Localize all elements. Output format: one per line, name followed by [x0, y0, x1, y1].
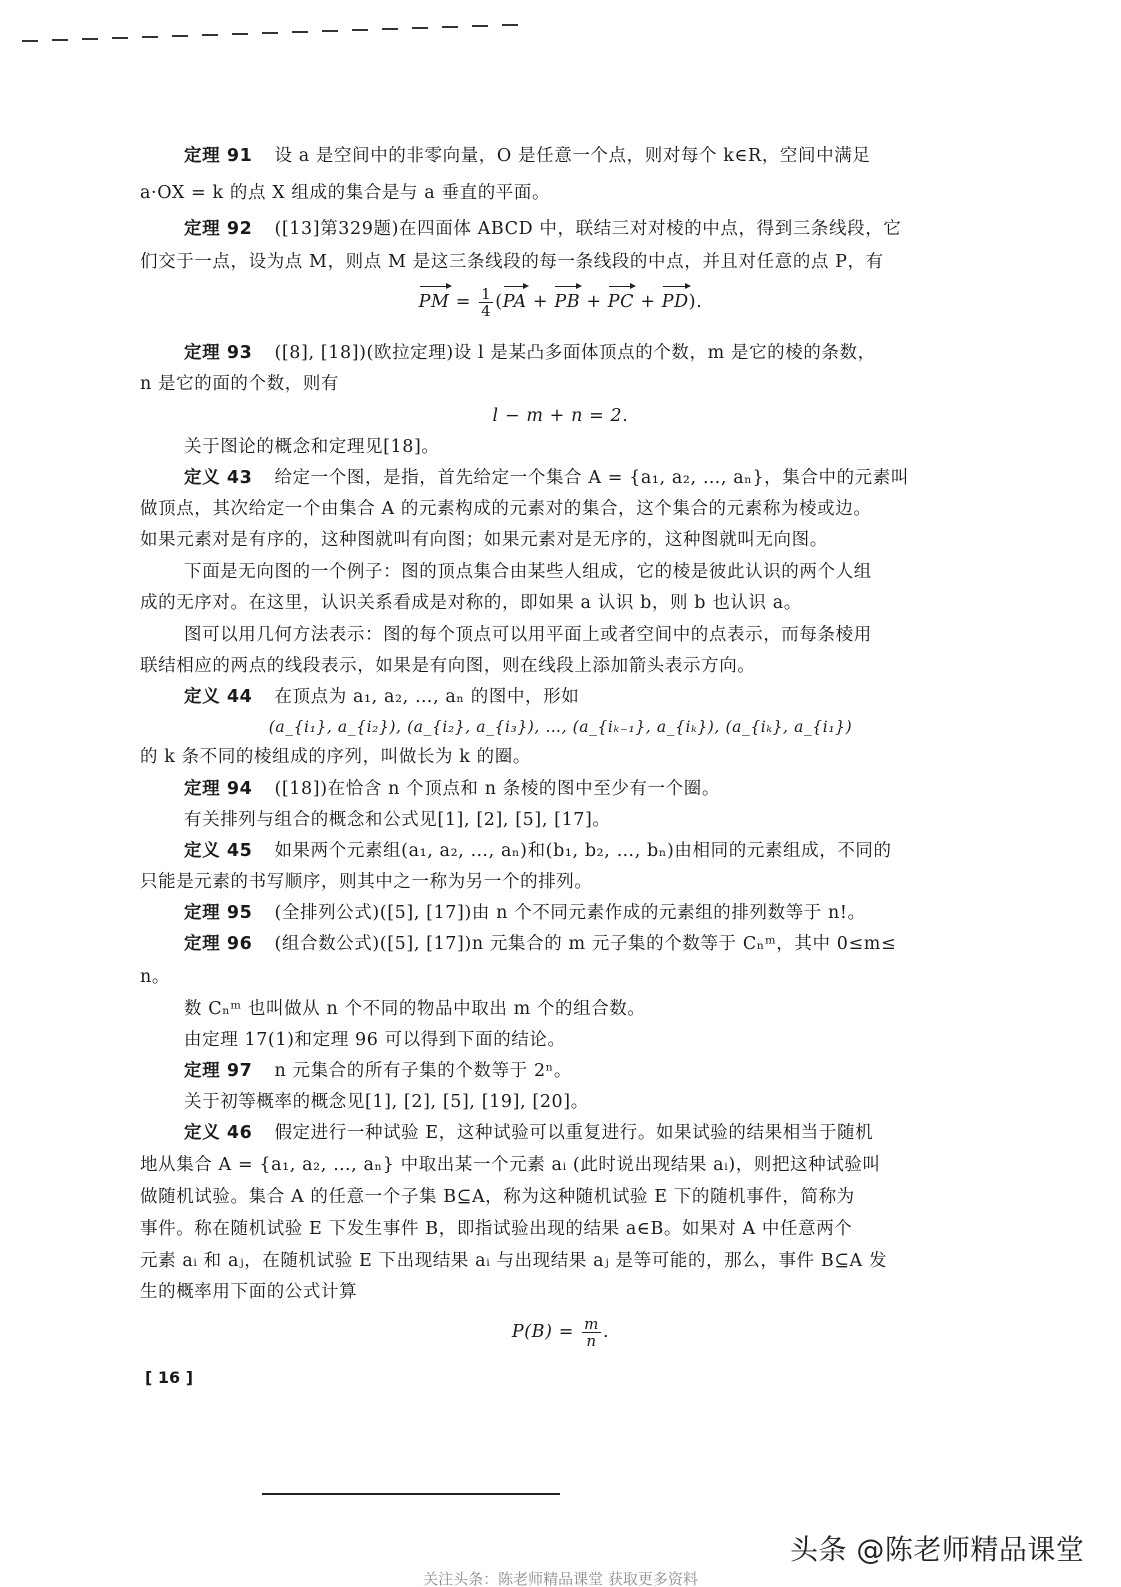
formula-pm: PM = 14(PA + PB + PC + PD). — [0, 286, 1121, 319]
definition-43-line-3: 如果元素对是有序的，这种图就叫有向图；如果元素对是无序的，这种图就叫无向图。 — [140, 529, 828, 551]
paragraph-graph-theory-ref: 关于图论的概念和定理见[18]。 — [184, 436, 440, 458]
definition-46-line-3: 做随机试验。集合 A 的任意一个子集 B⊆A，称为这种随机试验 E 下的随机事件… — [140, 1186, 855, 1208]
watermark-main: 头条 @陈老师精品课堂 — [790, 1528, 1084, 1568]
fraction: 14 — [479, 286, 493, 319]
theorem-92-line-2: 们交于一点，设为点 M，则点 M 是这三条线段的每一条线段的中点，并且对任意的点… — [140, 251, 884, 273]
theorem-97: 定理 97n 元集合的所有子集的个数等于 2ⁿ。 — [184, 1060, 572, 1082]
definition-45-line-1: 定义 45如果两个元素组(a₁, a₂, …, aₙ)和(b₁, b₂, …, … — [184, 840, 892, 862]
theorem-92-line-1: 定理 92([13]第329题)在四面体 ABCD 中，联结三对对棱的中点，得到… — [184, 218, 901, 240]
paragraph-probability-ref: 关于初等概率的概念见[1], [2], [5], [19], [20]。 — [184, 1091, 589, 1113]
theorem-96-line-1: 定理 96(组合数公式)([5], [17])n 元集合的 m 元子集的个数等于… — [184, 933, 896, 955]
definition-44-line-2: 的 k 条不同的棱组成的序列，叫做长为 k 的圈。 — [140, 746, 531, 768]
formula-cycle: (a_{i₁}, a_{i₂}), (a_{i₂}, a_{i₃}), …, (… — [0, 716, 1121, 738]
definition-44-line-1: 定义 44在顶点为 a₁, a₂, …, aₙ 的图中，形如 — [184, 686, 579, 708]
theorem-93-line-1: 定理 93([8], [18])(欧拉定理)设 l 是某凸多面体顶点的个数，m … — [184, 342, 876, 364]
definition-43-line-1: 定义 43给定一个图，是指，首先给定一个集合 A = {a₁, a₂, …, a… — [184, 467, 909, 489]
theorem-95: 定理 95(全排列公式)([5], [17])由 n 个不同元素作成的元素组的排… — [184, 902, 866, 924]
scan-rule-line — [262, 1493, 560, 1495]
theorem-93-line-2: n 是它的面的个数，则有 — [140, 373, 339, 395]
paragraph-geometry-line-1: 图可以用几何方法表示：图的每个顶点可以用平面上或者空间中的点表示，而每条棱用 — [184, 624, 872, 646]
theorem-91-line-1: 定理 91设 a 是空间中的非零向量，O 是任意一个点，则对每个 k∈R，空间中… — [184, 145, 870, 167]
definition-46-line-1: 定义 46假定进行一种试验 E，这种试验可以重复进行。如果试验的结果相当于随机 — [184, 1122, 873, 1144]
definition-46-line-4: 事件。称在随机试验 E 下发生事件 B，即指试验出现的结果 a∈B。如果对 A … — [140, 1218, 852, 1240]
definition-46-line-5: 元素 aᵢ 和 aⱼ，在随机试验 E 下出现结果 aᵢ 与出现结果 aⱼ 是等可… — [140, 1250, 887, 1272]
fraction: mn — [582, 1316, 601, 1349]
paragraph-corollary: 由定理 17(1)和定理 96 可以得到下面的结论。 — [184, 1029, 566, 1051]
scan-dashed-line — [18, 18, 538, 48]
theorem-96-line-2: n。 — [140, 966, 170, 988]
definition-46-line-6: 生的概率用下面的公式计算 — [140, 1281, 357, 1303]
paragraph-combination-number: 数 Cₙᵐ 也叫做从 n 个不同的物品中取出 m 个的组合数。 — [184, 998, 646, 1020]
page-number: [ 16 ] — [145, 1368, 193, 1387]
theorem-label: 定理 91 — [184, 146, 252, 166]
paragraph-example-line-2: 成的无序对。在这里，认识关系看成是对称的，即如果 a 认识 b，则 b 也认识 … — [140, 592, 802, 614]
paragraph-example-line-1: 下面是无向图的一个例子：图的顶点集合由某些人组成，它的棱是彼此认识的两个人组 — [184, 561, 872, 583]
watermark-footer: 关注头条：陈老师精品课堂 获取更多资料 — [0, 1568, 1121, 1587]
definition-46-line-2: 地从集合 A = {a₁, a₂, …, aₙ} 中取出某一个元素 aᵢ (此时… — [140, 1154, 881, 1176]
formula-probability: P(B) = mn. — [0, 1316, 1121, 1349]
paragraph-combinatorics-ref: 有关排列与组合的概念和公式见[1], [2], [5], [17]。 — [184, 809, 611, 831]
definition-43-line-2: 做顶点，其次给定一个由集合 A 的元素构成的元素对的集合，这个集合的元素称为棱或… — [140, 498, 871, 520]
theorem-94: 定理 94([18])在恰含 n 个顶点和 n 条棱的图中至少有一个圈。 — [184, 778, 720, 800]
definition-45-line-2: 只能是元素的书写顺序，则其中之一称为另一个的排列。 — [140, 871, 593, 893]
theorem-91-line-2: a·OX = k 的点 X 组成的集合是与 a 垂直的平面。 — [140, 182, 550, 204]
formula-euler: l − m + n = 2. — [0, 405, 1121, 427]
paragraph-geometry-line-2: 联结相应的两点的线段表示，如果是有向图，则在线段上添加箭头表示方向。 — [140, 655, 755, 677]
